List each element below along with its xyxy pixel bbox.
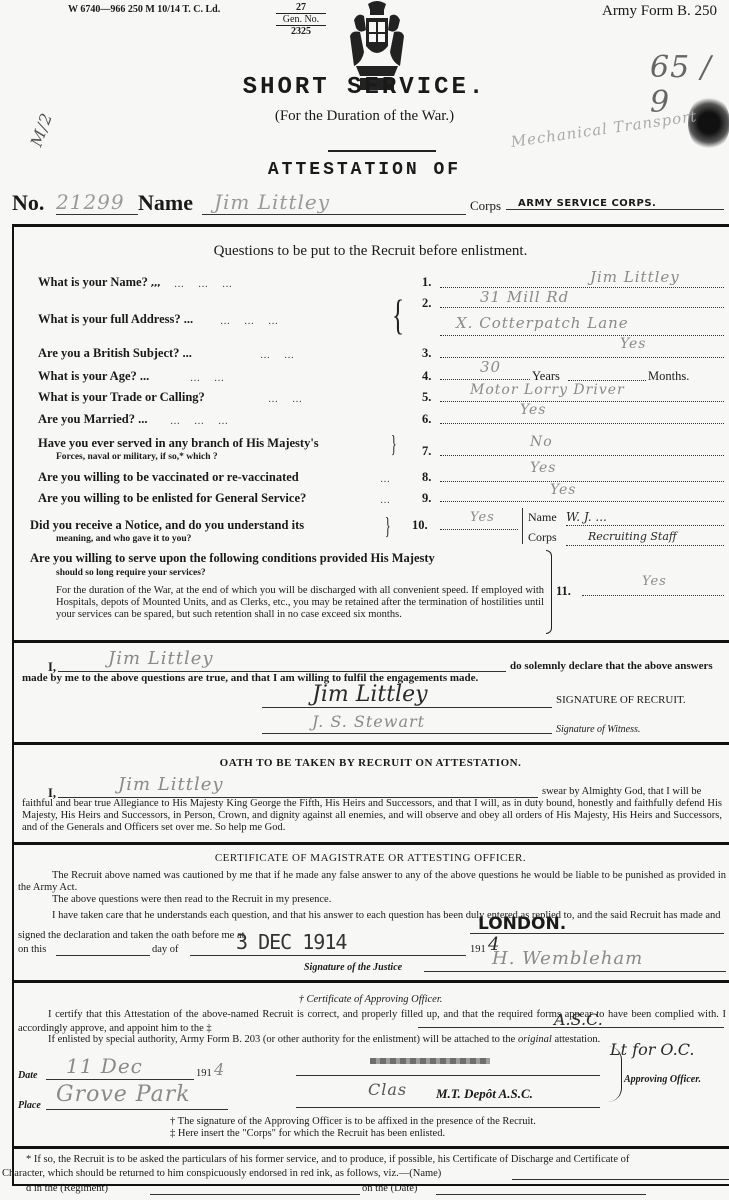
service-conditions: For the duration of the War, at the end …	[56, 585, 544, 621]
approval-place-field[interactable]: Grove Park	[46, 1082, 228, 1110]
footnote-line-3a: d in the (Regiment)	[26, 1183, 108, 1194]
name-label: Name	[138, 190, 193, 216]
place-label: Place	[18, 1100, 41, 1111]
magistrate-para-2: The above questions were then read to th…	[52, 894, 331, 905]
section-divider	[12, 640, 729, 643]
day-field[interactable]	[56, 942, 150, 956]
answer-6-field[interactable]: Yes	[440, 402, 724, 424]
section-divider	[12, 842, 729, 845]
footnote-line-2: Character, which should be returned to h…	[2, 1168, 441, 1179]
page-title: SHORT SERVICE.	[0, 74, 729, 101]
brace-icon: }	[391, 432, 397, 459]
question-8: Are you willing to be vaccinated or re-v…	[38, 470, 299, 485]
gen-no-bottom: 2325	[276, 26, 326, 37]
service-number: 21299	[56, 190, 138, 215]
question-6: Are you Married? ...	[38, 412, 147, 427]
struck-out-text	[370, 1058, 490, 1064]
answer-2-field-line1[interactable]: 31 Mill Rd	[440, 288, 724, 308]
approving-para-2: If enlisted by special authority, Army F…	[48, 1034, 600, 1045]
leader-dots: ……	[260, 350, 308, 361]
question-4: What is your Age? ...	[38, 369, 149, 384]
box-top-rule	[12, 224, 729, 227]
officer-stamp: M.T. Depôt A.S.C.	[436, 1086, 533, 1102]
section-divider	[12, 742, 729, 745]
question-7-subtext: Forces, naval or military, if so,* which…	[56, 452, 218, 462]
appointed-corps-field[interactable]: A.S.C.	[418, 1010, 724, 1028]
leader-dots: …	[380, 495, 390, 506]
answer-num-11: 11.	[556, 584, 571, 599]
recruit-signature-label: SIGNATURE OF RECRUIT.	[556, 694, 686, 706]
corps-value: ARMY SERVICE CORPS.	[506, 198, 724, 210]
former-regiment-field[interactable]	[150, 1183, 360, 1195]
gen-no-label: Gen. No.	[276, 13, 326, 26]
justice-signature-label: Signature of the Justice	[304, 962, 402, 973]
question-1: What is your Name? ...	[38, 275, 160, 290]
answer-num-6: 6.	[422, 412, 431, 427]
officer-signature: Lt for O.C.	[610, 1040, 694, 1059]
answer-1-field[interactable]: Jim Littley	[440, 268, 724, 288]
leader-dots: ……	[268, 394, 316, 405]
leader-dots: …	[380, 474, 390, 485]
notice-name-label: Name	[528, 510, 557, 525]
answer-num-10: 10.	[412, 518, 428, 533]
question-11: Are you willing to serve upon the follow…	[30, 551, 435, 566]
form-number: Army Form B. 250	[602, 3, 717, 20]
leader-dots: ………	[170, 416, 242, 427]
answer-num-1: 1.	[422, 275, 431, 290]
notice-corps-field[interactable]: Recruiting Staff	[566, 530, 724, 546]
signature-flourish	[604, 1046, 622, 1102]
question-9: Are you willing to be enlisted for Gener…	[38, 491, 306, 506]
answer-num-9: 9.	[422, 491, 431, 506]
witness-signature-field[interactable]: J. S. Stewart	[262, 712, 552, 734]
recruit-signature-field[interactable]: Jim Littley	[262, 682, 552, 708]
question-3: Are you a British Subject? ...	[38, 346, 192, 361]
brace-icon: }	[385, 514, 391, 541]
no-label: No.	[12, 190, 44, 216]
answer-5-field[interactable]: Motor Lorry Driver	[440, 382, 724, 402]
questions-heading: Questions to be put to the Recruit befor…	[12, 243, 729, 260]
approving-para-2-b: attestation.	[552, 1034, 600, 1045]
notice-corps-label: Corps	[528, 530, 557, 545]
officer-stamp-handwriting: Clas	[368, 1080, 407, 1099]
print-code: W 6740—966 250 M 10/14 T. C. Ld.	[68, 4, 220, 15]
question-2: What is your full Address? ...	[38, 312, 193, 327]
approving-para-2-em: original	[518, 1034, 552, 1045]
oath-heading: OATH TO BE TAKEN BY RECRUIT ON ATTESTATI…	[12, 757, 729, 769]
notice-bracket	[522, 508, 523, 544]
oath-name-field[interactable]: Jim Littley	[58, 774, 538, 798]
justice-signature-field[interactable]: H. Wembleham	[424, 948, 726, 972]
question-7: Have you ever served in any branch of Hi…	[38, 436, 319, 451]
approving-note-1: † The signature of the Approving Officer…	[170, 1116, 536, 1127]
officer-signature-line[interactable]	[296, 1062, 600, 1076]
answer-9-field[interactable]: Yes	[440, 482, 724, 502]
approval-date-field[interactable]: 11 Dec	[46, 1054, 194, 1080]
approval-year-suffix: 4	[214, 1060, 225, 1079]
answer-num-7: 7.	[422, 444, 431, 459]
question-10: Did you receive a Notice, and do you und…	[30, 518, 304, 533]
answer-8-field[interactable]: Yes	[440, 460, 724, 482]
approving-officer-label: Approving Officer.	[624, 1074, 701, 1085]
brace-icon	[546, 550, 552, 634]
approving-note-2: ‡ Here insert the "Corps" for which the …	[170, 1128, 445, 1139]
leader-dots: …………	[150, 279, 246, 290]
gen-no-top: 27	[276, 2, 326, 13]
answer-num-8: 8.	[422, 470, 431, 485]
question-11-subtext: should so long require your services?	[56, 568, 206, 578]
age-years-field[interactable]: 30	[440, 358, 530, 380]
former-name-field[interactable]	[512, 1168, 729, 1180]
day-of-label: day of	[152, 944, 179, 955]
answer-num-4: 4.	[422, 369, 431, 384]
question-10-subtext: meaning, and who gave it to you?	[56, 534, 191, 544]
notice-name-field[interactable]: W. J. ...	[566, 510, 724, 526]
box-bottom-rule	[12, 1146, 729, 1149]
approving-para-2-a: If enlisted by special authority, Army F…	[48, 1034, 518, 1045]
leader-dots: ………	[220, 316, 292, 327]
corps-label: Corps	[470, 198, 501, 214]
approving-heading: † Certificate of Approving Officer.	[12, 994, 729, 1005]
answer-11-field[interactable]: Yes	[582, 574, 724, 596]
magistrate-para-1: The Recruit above named was cautioned by…	[18, 870, 726, 894]
former-date-field[interactable]	[436, 1183, 646, 1195]
approval-year-prefix: 191	[196, 1068, 212, 1079]
brace-icon: {	[392, 292, 404, 340]
on-this-label: on this	[18, 944, 46, 955]
identity-line: No. 21299 Name Jim Littley Corps ARMY SE…	[12, 190, 724, 216]
answer-num-5: 5.	[422, 390, 431, 405]
recruit-name: Jim Littley	[202, 190, 466, 215]
question-5: What is your Trade or Calling?	[38, 390, 205, 405]
footnote-line-1: * If so, the Recruit is to be asked the …	[26, 1154, 729, 1165]
answer-7-field[interactable]: No	[440, 434, 724, 456]
witness-signature-label: Signature of Witness.	[556, 724, 640, 735]
gen-no-block: 27 Gen. No. 2325	[276, 2, 326, 37]
oath-text-2: faithful and bear true Allegiance to His…	[22, 798, 722, 834]
attestation-place-field[interactable]: LONDON.	[470, 914, 724, 934]
title-divider	[328, 150, 436, 152]
footnote-line-3b: on the (Date)	[362, 1183, 417, 1194]
oath-text-1: swear by Almighty God, that I will be	[542, 786, 701, 797]
answer-num-2: 2.	[422, 296, 431, 311]
answer-2-field-line2[interactable]: X. Cotterpatch Lane	[440, 314, 724, 336]
answer-10-field[interactable]: Yes	[440, 510, 518, 530]
age-months-field[interactable]	[568, 368, 646, 381]
leader-dots: ……	[190, 373, 238, 384]
answer-num-3: 3.	[422, 346, 431, 361]
declaration-text-1: do solemnly declare that the above answe…	[510, 660, 713, 672]
section-divider	[12, 980, 729, 983]
magistrate-heading: CERTIFICATE OF MAGISTRATE OR ATTESTING O…	[12, 852, 729, 864]
declaration-name-field[interactable]: Jim Littley	[58, 648, 506, 672]
attestation-heading: ATTESTATION OF	[0, 160, 729, 180]
date-label: Date	[18, 1070, 37, 1081]
answer-3-field[interactable]: Yes	[440, 336, 724, 358]
